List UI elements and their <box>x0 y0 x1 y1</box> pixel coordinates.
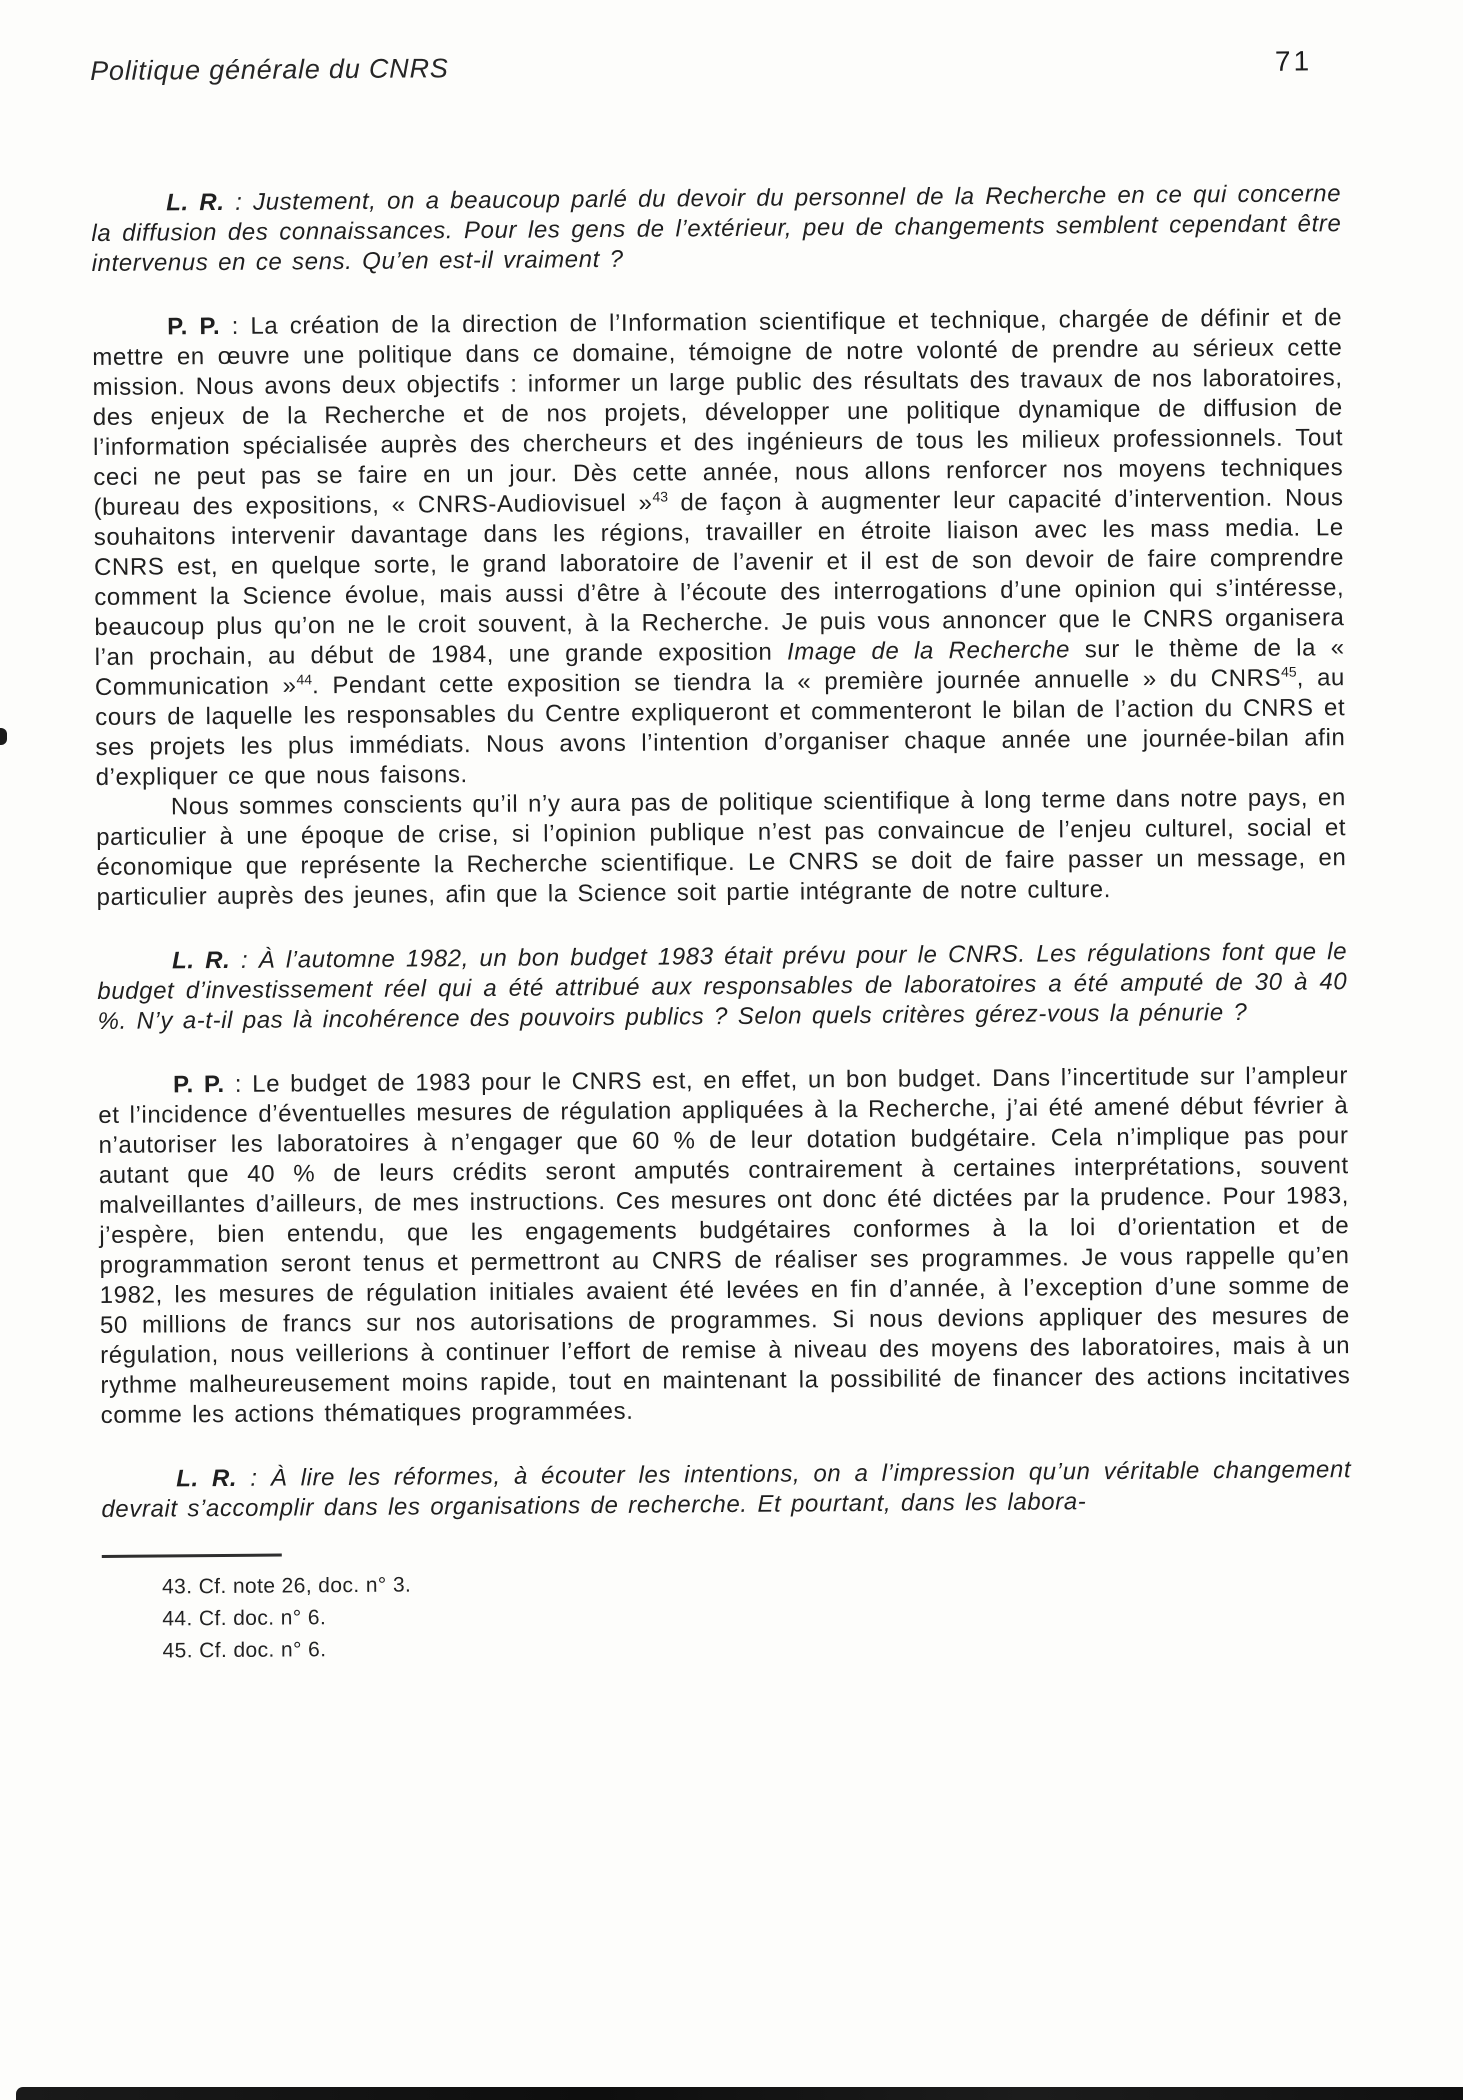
speaker-label: L. R. <box>166 189 225 216</box>
paragraph: L. R. : À l’automne 1982, un bon budget … <box>97 937 1348 1037</box>
page-number: 71 <box>1275 45 1312 77</box>
footnote-rule <box>102 1554 282 1558</box>
document-body: L. R. : Justement, on a beaucoup parlé d… <box>91 179 1351 1525</box>
paragraph: L. R. : À lire les réformes, à écouter l… <box>101 1455 1351 1525</box>
footnote-ref: 43 <box>652 488 668 504</box>
text-run: : Justement, on a beaucoup parlé du devo… <box>91 180 1341 277</box>
scan-artifact-bottom-edge <box>16 2087 1463 2100</box>
speaker-label: L. R. <box>176 1465 237 1492</box>
running-head-title: Politique générale du CNRS <box>90 53 449 87</box>
paragraph: P. P. : La création de la direction de l… <box>92 303 1346 793</box>
scan-artifact-left <box>0 728 7 745</box>
text-run: : Le budget de 1983 pour le CNRS est, en… <box>98 1062 1350 1429</box>
page-header: Politique générale du CNRS 71 <box>90 45 1340 87</box>
italic-phrase: Image de la Recherche <box>787 636 1070 665</box>
text-run: : À l’automne 1982, un bon budget 1983 é… <box>97 938 1347 1035</box>
speaker-label: L. R. <box>172 947 230 974</box>
scanned-book-page: Politique générale du CNRS 71 L. R. : Ju… <box>0 0 1463 2100</box>
paragraph: Nous sommes conscients qu’il n’y aura pa… <box>96 783 1347 913</box>
page-content: Politique générale du CNRS 71 L. R. : Ju… <box>90 45 1353 1668</box>
speaker-label: P. P. <box>173 1071 225 1098</box>
speaker-label: P. P. <box>167 313 220 340</box>
paragraph: P. P. : Le budget de 1983 pour le CNRS e… <box>98 1061 1351 1431</box>
text-run: . Pendant cette exposition se tiendra la… <box>312 665 1281 700</box>
footnote-ref: 45 <box>1281 664 1297 680</box>
footnotes: 43. Cf. note 26, doc. n° 3. 44. Cf. doc.… <box>102 1562 1353 1668</box>
paragraph: L. R. : Justement, on a beaucoup parlé d… <box>91 179 1342 279</box>
footnote-ref: 44 <box>296 671 312 687</box>
text-run: Nous sommes conscients qu’il n’y aura pa… <box>96 784 1346 911</box>
text-run: : À lire les réformes, à écouter les int… <box>101 1456 1351 1523</box>
